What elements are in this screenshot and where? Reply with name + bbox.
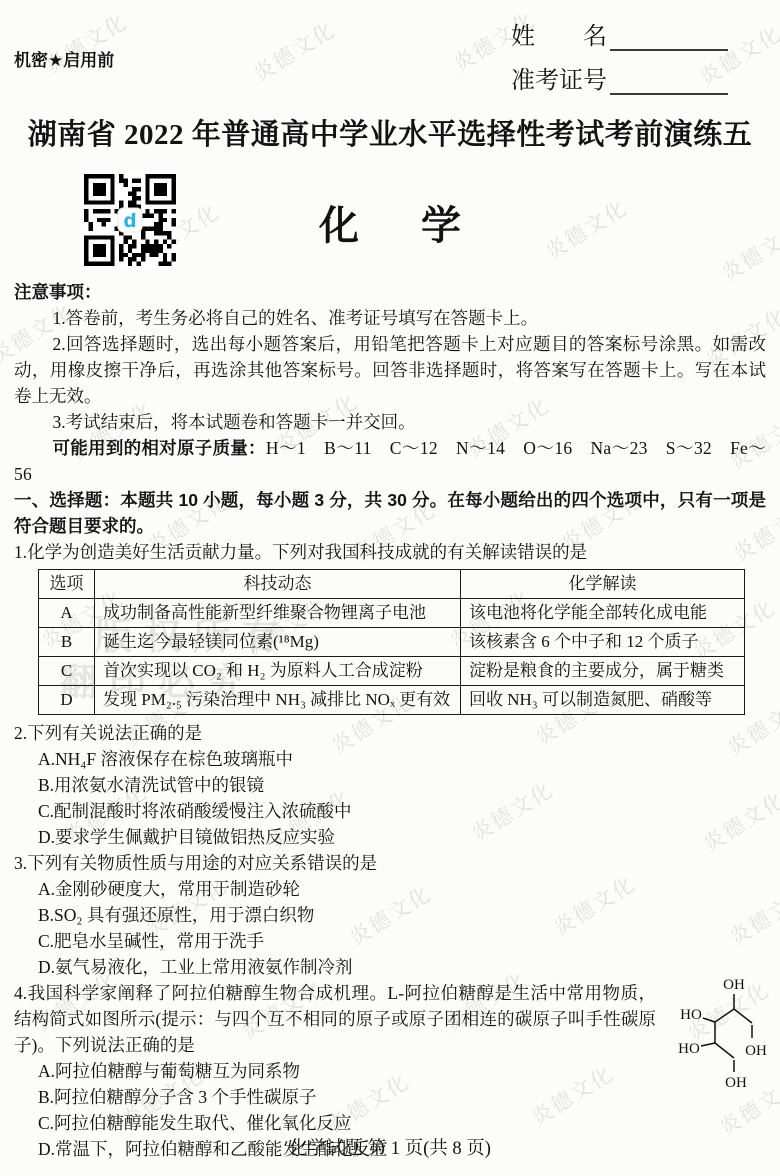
q1-option-letter: A [39,599,95,628]
q1-row-B: B 诞生迄今最轻镁同位素(¹⁸Mg) 该核素含 6 个中子和 12 个质子 [39,628,745,657]
q2-option-B: B.用浓氨水清洗试管中的银镜 [38,772,766,798]
atomic-mass-label: 可能用到的相对原子质量： [53,438,266,458]
exam-no-label: 准考证号 [511,68,607,94]
page-footer: 化学试题 第 1 页(共 8 页) [0,1134,780,1160]
q1-options-table: 选项 科技动态 化学解读 A 成功制备高性能新型纤维聚合物锂离子电池 该电池将化… [38,569,745,715]
q2-stem: 2.下列有关说法正确的是 [14,720,766,746]
q2-option-D: D.要求学生佩戴护目镜做铝热反应实验 [38,824,766,850]
notice-item-3: 3.考试结束后，将本试题卷和答题卡一并交回。 [14,409,766,435]
q1-interp-cell: 该电池将化学能全部转化成电能 [461,599,745,628]
q1-col-chem-interpretation: 化学解读 [461,570,745,599]
q1-header-row: 选项 科技动态 化学解读 [39,570,745,599]
q2-option-C: C.配制混酸时将浓硝酸缓慢注入浓硫酸中 [38,798,766,824]
candidate-fields: 姓 名 准考证号 [511,16,728,104]
secrecy-label: 机密★启用前 [14,46,114,71]
q1-tech-cell: 发现 PM₂.₅ 污染治理中 NH₃ 减排比 NOₓ 更有效 [95,686,461,715]
exam-paper-page: 炎德文化炎德文化炎德文化炎德文化炎德文化炎德文化炎德文化炎德文化炎德文化炎德文化… [0,0,780,1176]
q3-option-D: D.氨气易液化，工业上常用液氨作制冷剂 [38,954,766,980]
q3-option-A: A.金刚砂硬度大，常用于制造砂轮 [38,876,766,902]
q1-tech-cell: 诞生迄今最轻镁同位素(¹⁸Mg) [95,628,461,657]
atomic-mass-line: 可能用到的相对原子质量：H～1 B～11 C～12 N～14 O～16 Na～2… [14,435,766,487]
paper-title: 湖南省 2022 年普通高中学业水平选择性考试考前演练五 [0,112,780,153]
notice-item-1: 1.答卷前，考生务必将自己的姓名、准考证号填写在答题卡上。 [14,305,766,331]
q2-options: A.NH₄F 溶液保存在棕色玻璃瓶中 B.用浓氨水清洗试管中的银镜 C.配制混酸… [38,746,766,850]
q1-option-letter: C [39,657,95,686]
arabitol-structure-figure: OH HO OH HO OH [665,958,770,1093]
q1-interp-cell: 该核素含 6 个中子和 12 个质子 [461,628,745,657]
subject-title: 化 学 [0,194,780,251]
notice-item-2: 2.回答选择题时，选出每小题答案后，用铅笔把答题卡上对应题目的答案标号涂黑。如需… [14,331,766,409]
hydroxyl-label-top: OH [723,977,745,993]
q3-option-C: C.肥皂水呈碱性，常用于洗手 [38,928,766,954]
section-1-heading: 一、选择题：本题共 10 小题，每小题 3 分，共 30 分。在每小题给出的四个… [14,487,766,539]
q1-row-A: A 成功制备高性能新型纤维聚合物锂离子电池 该电池将化学能全部转化成电能 [39,599,745,628]
q2-option-A: A.NH₄F 溶液保存在棕色玻璃瓶中 [38,746,766,772]
q3-stem: 3.下列有关物质性质与用途的对应关系错误的是 [14,850,766,876]
name-input-line[interactable] [610,25,728,51]
name-label: 姓 名 [511,24,607,50]
q1-col-tech-news: 科技动态 [95,570,461,599]
q4-option-C: C.阿拉伯糖醇能发生取代、催化氧化反应 [38,1110,766,1136]
q4-option-B: B.阿拉伯糖醇分子含 3 个手性碳原子 [38,1084,766,1110]
subject-char-1: 化 [319,194,359,251]
q1-interp-cell: 淀粉是粮食的主要成分，属于糖类 [461,657,745,686]
exam-no-field: 准考证号 [511,60,728,95]
name-field: 姓 名 [511,16,728,51]
q4-stem: 4.我国科学家阐释了阿拉伯糖醇生物合成机理。L-阿拉伯糖醇是生活中常用物质，结构… [14,980,656,1058]
q1-option-letter: B [39,628,95,657]
notice-heading: 注意事项： [14,279,766,305]
q4-option-A: A.阿拉伯糖醇与葡萄糖互为同系物 [38,1058,766,1084]
hydroxyl-label-bottom: OH [725,1075,747,1091]
q3-options: A.金刚砂硬度大，常用于制造砂轮 B.SO₂ 具有强还原性，用于漂白织物 C.肥… [38,876,766,980]
hydroxyl-label-lower-left: HO [678,1041,700,1057]
q3-option-B: B.SO₂ 具有强还原性，用于漂白织物 [38,902,766,928]
q1-option-letter: D [39,686,95,715]
q1-row-D: D 发现 PM₂.₅ 污染治理中 NH₃ 减排比 NOₓ 更有效 回收 NH₃ … [39,686,745,715]
q1-stem: 1.化学为创造美好生活贡献力量。下列对我国科技成就的有关解读错误的是 [14,539,766,565]
brand-watermark: 炎德文化 [247,14,341,88]
q1-tech-cell: 首次实现以 CO₂ 和 H₂ 为原料人工合成淀粉 [95,657,461,686]
subject-char-2: 学 [421,194,461,251]
q1-tech-cell: 成功制备高性能新型纤维聚合物锂离子电池 [95,599,461,628]
exam-no-input-line[interactable] [610,69,728,95]
q1-interp-cell: 回收 NH₃ 可以制造氮肥、硝酸等 [461,686,745,715]
q1-row-C: C 首次实现以 CO₂ 和 H₂ 为原料人工合成淀粉 淀粉是粮食的主要成分，属于… [39,657,745,686]
hydroxyl-label-right: OH [745,1043,767,1059]
hydroxyl-label-upper-left: HO [680,1007,702,1023]
paper-body: 注意事项： 1.答卷前，考生务必将自己的姓名、准考证号填写在答题卡上。 2.回答… [14,279,766,1162]
q1-col-option: 选项 [39,570,95,599]
